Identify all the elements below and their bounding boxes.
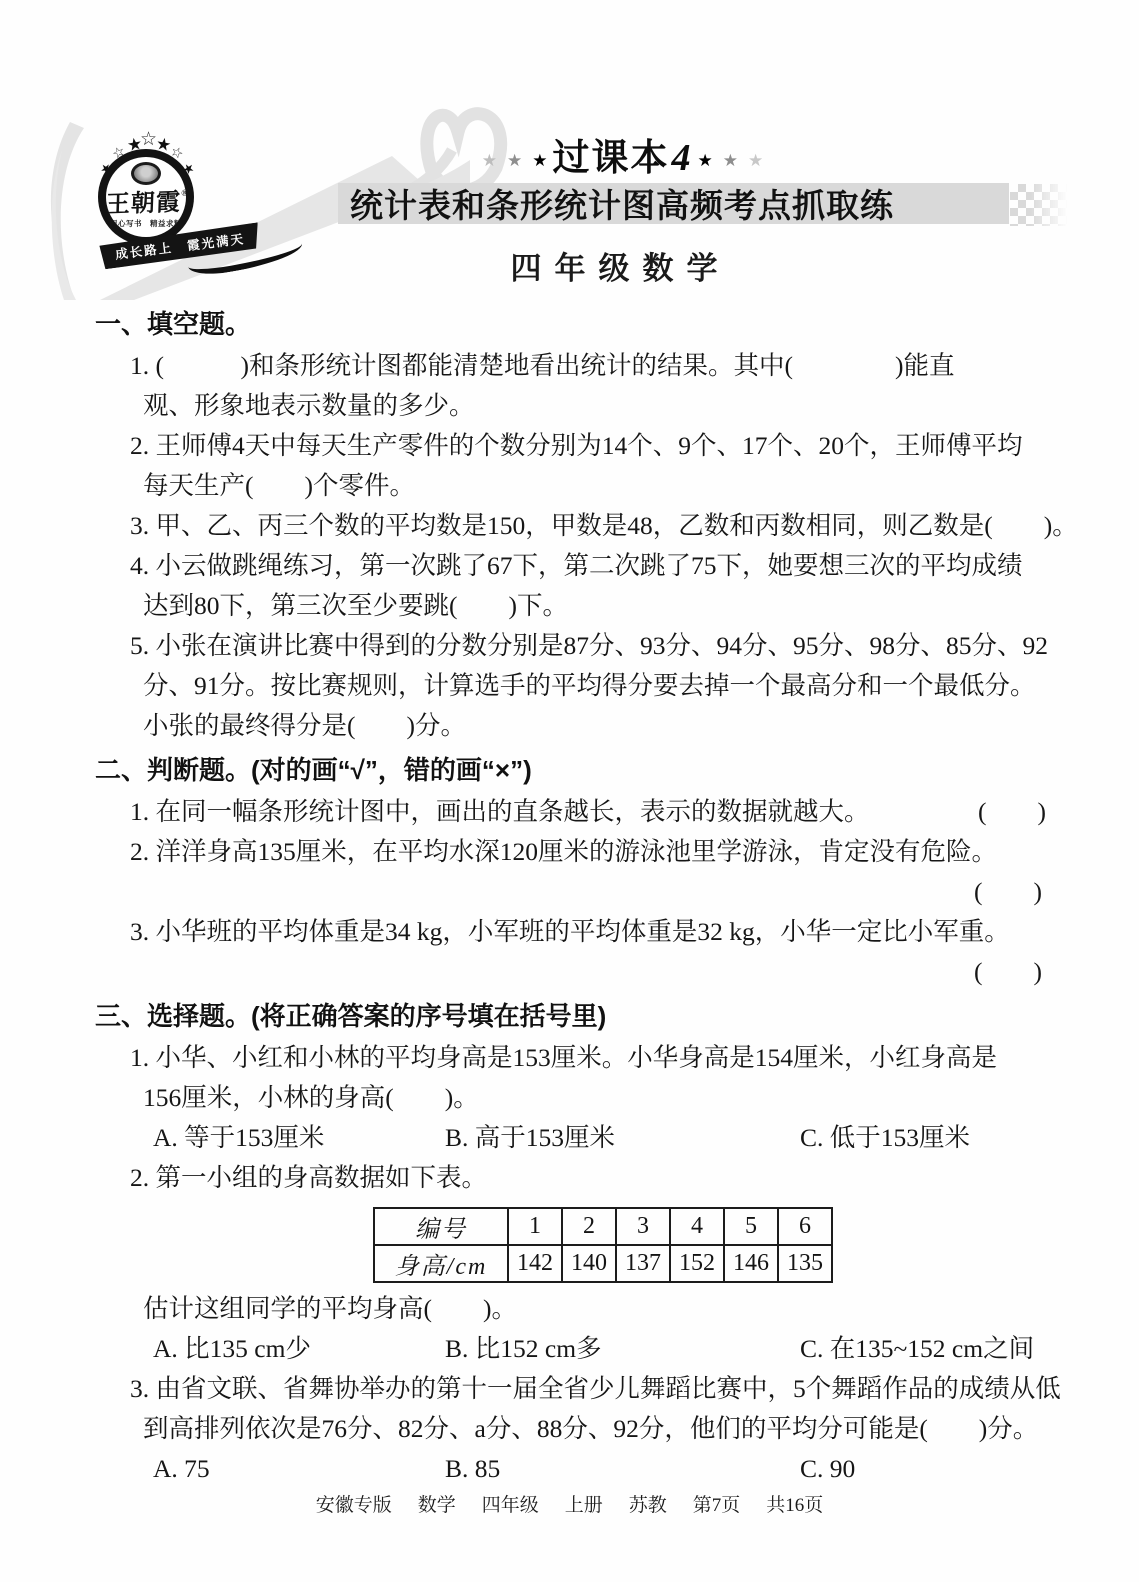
- question-line: 3. 由省文联、省舞协举办的第十一届全省少儿舞蹈比赛中，5个舞蹈作品的成绩从低: [130, 1369, 1046, 1409]
- option-c: C. 在135~152 cm之间: [800, 1329, 1034, 1369]
- height-data-table: 编号 1 2 3 4 5 6 身高/cm 142 140 137 152 146…: [373, 1207, 833, 1283]
- section-multiple-choice: 三、选择题。(将正确答案的序号填在括号里) 1. 小华、小红和小林的平均身高是1…: [95, 998, 1046, 1489]
- registered-mark: ®: [181, 188, 186, 198]
- brand-logo: ★ ☆ ★ ☆ ★ ☆ ★ WANGZHAOXIA 王朝霞® 用心写书 精益求精…: [92, 118, 332, 303]
- brand-name-text: 王朝霞: [106, 190, 181, 219]
- table-header-cell: 身高/cm: [374, 1245, 508, 1282]
- option-a: A. 75: [153, 1449, 445, 1489]
- question-line: 5. 小张在演讲比赛中得到的分数分别是87分、93分、94分、95分、98分、8…: [130, 626, 1046, 666]
- table-cell: 137: [616, 1245, 670, 1282]
- question-line: 2. 洋洋身高135厘米，在平均水深120厘米的游泳池里学游泳，肯定没有危险。: [130, 832, 1046, 872]
- subtitle-banner: 统计表和条形统计图高频考点抓取练: [338, 183, 1009, 224]
- logo-ring: WANGZHAOXIA 王朝霞® 用心写书 精益求精: [98, 149, 194, 245]
- question-line: 观、形象地表示数量的多少。: [143, 386, 1046, 426]
- section-true-false: 二、判断题。(对的画“√”，错的画“×”) 1. 在同一幅条形统计图中，画出的直…: [95, 752, 1046, 992]
- question-line: 到高排列依次是76分、82分、a分、88分、92分，他们的平均分可能是( )分。: [143, 1409, 1046, 1449]
- question-line: 1. 小华、小红和小林的平均身高是153厘米。小华身高是154厘米，小红身高是: [130, 1038, 1046, 1078]
- star-icon: ★: [532, 151, 547, 170]
- table-cell: 3: [616, 1208, 670, 1245]
- options-row: A. 比135 cm少 B. 比152 cm多 C. 在135~152 cm之间: [153, 1329, 1046, 1369]
- page-footer: 安徽专版数学四年级上册苏教第7页共16页: [0, 1490, 1139, 1517]
- unit-title-text: 过课本: [553, 138, 670, 179]
- answer-bracket: ( ): [95, 952, 1046, 992]
- question-text: 1. 在同一幅条形统计图中，画出的直条越长，表示的数据就越大。: [130, 792, 870, 832]
- table-header-cell: 编号: [374, 1208, 508, 1245]
- options-row: A. 75 B. 85 C. 90: [153, 1449, 1046, 1489]
- question-line: 估计这组同学的平均身高( )。: [143, 1289, 1046, 1329]
- question-line: 1. ( )和条形统计图都能清楚地看出统计的结果。其中( )能直: [130, 346, 1046, 386]
- star-icon: ★: [748, 151, 763, 170]
- checker-decoration: [1010, 184, 1068, 226]
- logo-inner: 王朝霞® 用心写书 精益求精: [106, 157, 186, 237]
- table-cell: 6: [778, 1208, 832, 1245]
- table-cell: 135: [778, 1245, 832, 1282]
- option-b: B. 85: [445, 1449, 800, 1489]
- question-line: 分、91分。按比赛规则，计算选手的平均得分要去掉一个最高分和一个最低分。: [143, 666, 1046, 706]
- footer-page-number: 第7页: [693, 1495, 741, 1516]
- portrait-avatar: [131, 162, 161, 185]
- table-cell: 1: [508, 1208, 562, 1245]
- question-line: 1. 在同一幅条形统计图中，画出的直条越长，表示的数据就越大。 ( ): [130, 792, 1046, 832]
- option-a: A. 等于153厘米: [153, 1118, 445, 1158]
- worksheet-body: 一、填空题。 1. ( )和条形统计图都能清楚地看出统计的结果。其中( )能直 …: [95, 306, 1046, 1489]
- option-c: C. 低于153厘米: [800, 1118, 970, 1158]
- table-row: 身高/cm 142 140 137 152 146 135: [374, 1245, 832, 1282]
- star-icon: ★: [482, 151, 497, 170]
- table-cell: 152: [670, 1245, 724, 1282]
- worksheet-page: ★★★过课本4★★★ 统计表和条形统计图高频考点抓取练 四年级数学 ★ ☆ ★ …: [0, 0, 1139, 1582]
- question-line: 2. 王师傅4天中每天生产零件的个数分别为14个、9个、17个、20个，王师傅平…: [130, 426, 1046, 466]
- option-b: B. 高于153厘米: [445, 1118, 800, 1158]
- section-fill-in-blanks: 一、填空题。 1. ( )和条形统计图都能清楚地看出统计的结果。其中( )能直 …: [95, 306, 1046, 746]
- table-cell: 146: [724, 1245, 778, 1282]
- table-cell: 142: [508, 1245, 562, 1282]
- answer-bracket: ( ): [95, 872, 1046, 912]
- option-b: B. 比152 cm多: [445, 1329, 800, 1369]
- footer-press: 苏教: [629, 1495, 667, 1516]
- footer-edition: 安徽专版: [316, 1495, 392, 1516]
- table-cell: 140: [562, 1245, 616, 1282]
- options-row: A. 等于153厘米 B. 高于153厘米 C. 低于153厘米: [153, 1118, 1046, 1158]
- star-icon: ★: [723, 151, 738, 170]
- footer-total-pages: 共16页: [766, 1495, 823, 1516]
- brand-name: 王朝霞®: [106, 182, 186, 220]
- section-heading: 一、填空题。: [95, 306, 1046, 342]
- question-line: 2. 第一小组的身高数据如下表。: [130, 1158, 1046, 1198]
- table-cell: 5: [724, 1208, 778, 1245]
- section-heading: 二、判断题。(对的画“√”，错的画“×”): [95, 752, 1046, 788]
- unit-number: 4: [670, 137, 693, 179]
- table-cell: 4: [670, 1208, 724, 1245]
- question-line: 156厘米，小林的身高( )。: [143, 1078, 1046, 1118]
- section-heading: 三、选择题。(将正确答案的序号填在括号里): [95, 998, 1046, 1034]
- subtitle-text: 统计表和条形统计图高频考点抓取练: [350, 180, 894, 227]
- star-icon: ★: [698, 151, 713, 170]
- table-row: 编号 1 2 3 4 5 6: [374, 1208, 832, 1245]
- answer-bracket: ( ): [978, 792, 1046, 832]
- option-a: A. 比135 cm少: [153, 1329, 445, 1369]
- question-line: 每天生产( )个零件。: [143, 466, 1046, 506]
- question-line: 3. 小华班的平均体重是34 kg，小军班的平均体重是32 kg，小华一定比小军…: [130, 912, 1046, 952]
- footer-subject: 数学: [418, 1495, 456, 1516]
- star-icon: ★: [507, 151, 522, 170]
- option-c: C. 90: [800, 1449, 855, 1489]
- question-line: 4. 小云做跳绳练习，第一次跳了67下，第二次跳了75下，她要想三次的平均成绩: [130, 546, 1046, 586]
- question-line: 小张的最终得分是( )分。: [143, 706, 1046, 746]
- table-cell: 2: [562, 1208, 616, 1245]
- footer-volume: 上册: [565, 1495, 603, 1516]
- footer-grade: 四年级: [482, 1495, 539, 1516]
- question-line: 达到80下，第三次至少要跳( )下。: [143, 586, 1046, 626]
- question-line: 3. 甲、乙、丙三个数的平均数是150，甲数是48，乙数和丙数相同，则乙数是( …: [130, 506, 1046, 546]
